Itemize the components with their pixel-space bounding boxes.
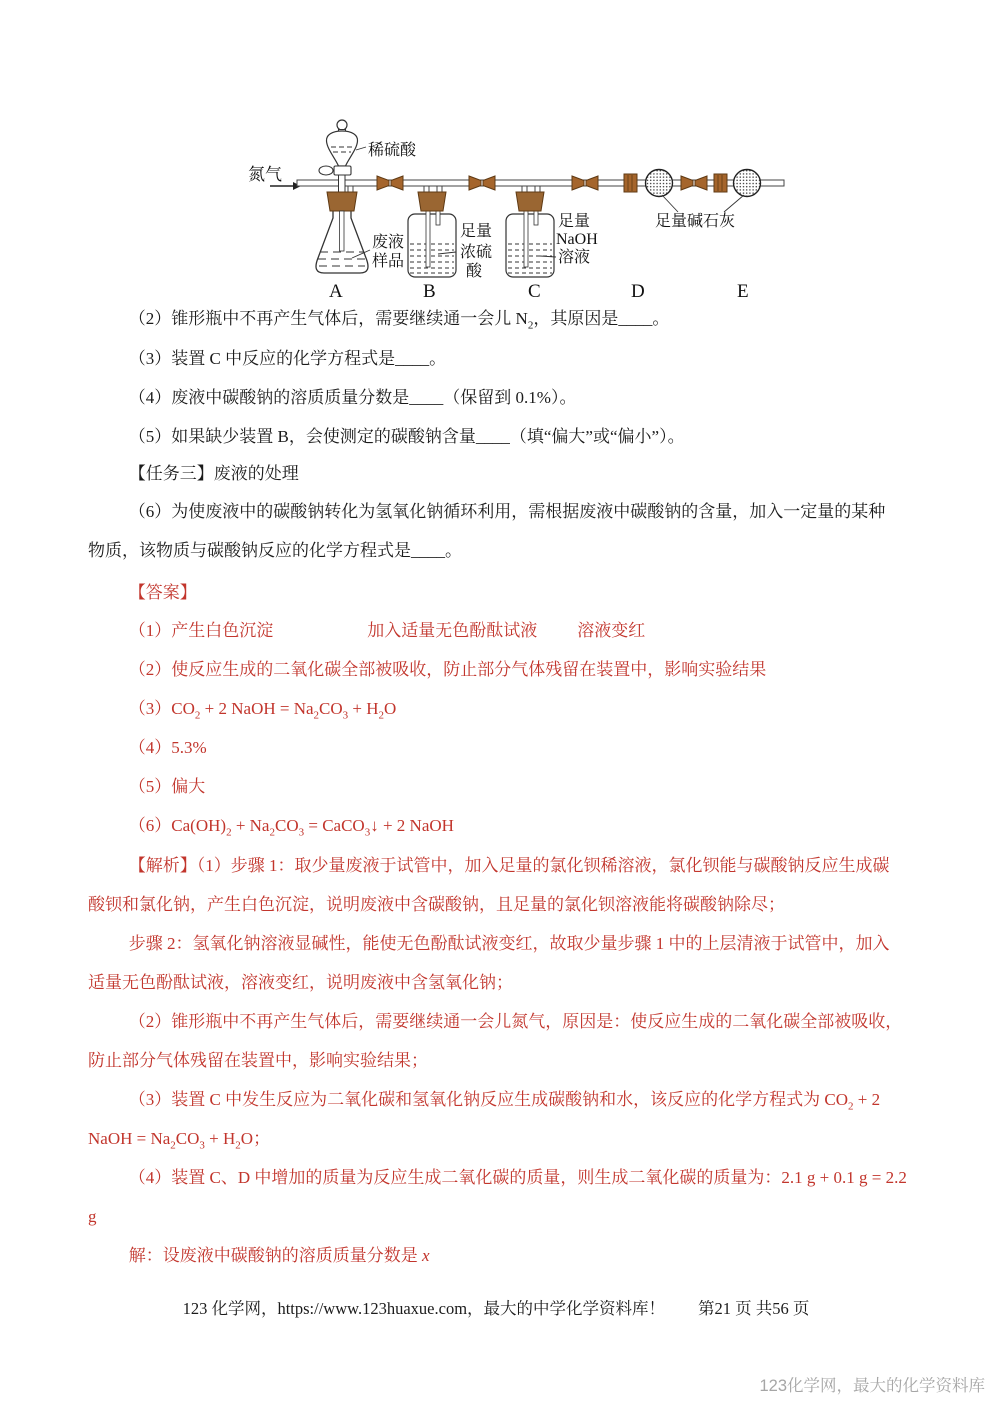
svg-text:废液: 废液 bbox=[372, 233, 404, 251]
analysis-p3-line-2: 防止部分气体残留在装置中，影响实验结果； bbox=[88, 1041, 906, 1080]
answer-1-operation: 加入适量无色酚酞试液 bbox=[367, 621, 537, 640]
analysis-p4-line-1: （3）装置 C 中发生反应为二氧化碳和氢氧化钠反应生成碳酸钠和水，该反应的化学方… bbox=[88, 1080, 906, 1119]
analysis-p2-line-2: 适量无色酚酞试液，溶液变红，说明废液中含氢氧化钠； bbox=[88, 963, 906, 1002]
question-2: （2）锥形瓶中不再产生气体后，需要继续通一会儿 N2，其原因是____。 bbox=[88, 299, 906, 338]
task-3-heading: 【任务三】废液的处理 bbox=[88, 454, 906, 493]
drying-bulb-E bbox=[714, 170, 761, 197]
stopper-C bbox=[516, 192, 544, 211]
site-watermark: 123化学网，最大的化学资料库 bbox=[759, 1372, 985, 1396]
dilute-sulfuric-acid-label: 稀硫酸 bbox=[368, 141, 417, 159]
drying-bulb-D bbox=[624, 170, 673, 197]
apparatus-diagram: 氮气 bbox=[230, 108, 790, 308]
question-5: （5）如果缺少装置 B，会使测定的碳酸钠含量____（填“偏大”或“偏小”）。 bbox=[88, 417, 906, 456]
svg-text:溶液: 溶液 bbox=[558, 248, 590, 266]
funnel-stem bbox=[340, 211, 345, 251]
analysis-p3-line-1: （2）锥形瓶中不再产生气体后，需要继续通一会儿氮气，原因是：使反应生成的二氧化碳… bbox=[88, 1002, 906, 1041]
question-6-line-2: 物质，该物质与碳酸钠反应的化学方程式是____。 bbox=[88, 531, 906, 570]
conc-sulfuric-label: 足量 浓硫 酸 bbox=[460, 222, 492, 280]
gas-washing-bottle-B bbox=[408, 211, 456, 277]
waste-sample-label: 废液 样品 bbox=[372, 233, 404, 270]
analysis-p4-line-2: NaOH = Na2CO3 + H2O； bbox=[88, 1119, 906, 1158]
stopcock-handle bbox=[319, 166, 333, 175]
analysis-p5-line-2: g bbox=[88, 1197, 906, 1236]
answer-3-equation: （3）CO2 + 2 NaOH = Na2CO3 + H2O bbox=[88, 689, 906, 728]
rubber-stoppers bbox=[327, 192, 544, 211]
gas-washing-bottle-C bbox=[506, 211, 554, 277]
answer-1: （1）产生白色沉淀加入适量无色酚酞试液溶液变红 bbox=[88, 611, 906, 650]
answer-6-equation: （6）Ca(OH)2 + Na2CO3 = CaCO3↓ + 2 NaOH bbox=[88, 806, 906, 845]
soda-lime-label: 足量碱石灰 bbox=[655, 212, 735, 230]
svg-text:样品: 样品 bbox=[372, 252, 404, 270]
svg-text:NaOH: NaOH bbox=[556, 231, 598, 248]
svg-text:足量: 足量 bbox=[460, 222, 492, 240]
connecting-tube bbox=[297, 180, 784, 186]
question-4: （4）废液中碳酸钠的溶质质量分数是____（保留到 0.1%）。 bbox=[88, 378, 906, 417]
answer-4: （4）5.3% bbox=[88, 728, 906, 767]
analysis-p5-line-1: （4）装置 C、D 中增加的质量为反应生成二氧化碳的质量，则生成二氧化碳的质量为… bbox=[88, 1158, 906, 1197]
answers-heading: 【答案】 bbox=[88, 573, 906, 612]
question-3: （3）装置 C 中反应的化学方程式是____。 bbox=[88, 339, 906, 378]
question-6-line-1: （6）为使废液中的碳酸钠转化为氢氧化钠循环利用，需根据废液中碳酸钠的含量，加入一… bbox=[88, 492, 906, 531]
page-footer: 123 化学网，https://www.123huaxue.com，最大的中学化… bbox=[0, 1289, 992, 1328]
stopper-B bbox=[418, 192, 446, 211]
svg-text:足量: 足量 bbox=[558, 212, 590, 230]
analysis-solution-setup: 解：设废液中碳酸钠的溶质质量分数是 x bbox=[88, 1236, 906, 1275]
answer-2: （2）使反应生成的二氧化碳全部被吸收，防止部分气体残留在装置中，影响实验结果 bbox=[88, 650, 906, 689]
analysis-p2-line-1: 步骤 2：氢氧化钠溶液显碱性，能使无色酚酞试液变红，故取少量步骤 1 中的上层清… bbox=[88, 924, 906, 963]
svg-text:浓硫: 浓硫 bbox=[460, 243, 492, 261]
naoh-solution-label: 足量 NaOH 溶液 bbox=[556, 212, 598, 266]
svg-text:酸: 酸 bbox=[466, 262, 483, 280]
stopper-A bbox=[327, 192, 357, 211]
answer-1-phenomenon: 溶液变红 bbox=[577, 621, 645, 640]
nitrogen-label: 氮气 bbox=[248, 165, 282, 184]
analysis-p1-line-1: 【解析】（1）步骤 1：取少量废液于试管中，加入足量的氯化钡稀溶液，氯化钡能与碳… bbox=[88, 846, 906, 885]
answer-1-observation: （1）产生白色沉淀 bbox=[129, 621, 274, 640]
answer-5: （5）偏大 bbox=[88, 767, 906, 806]
analysis-p1-line-2: 酸钡和氯化钠，产生白色沉淀，说明废液中含碳酸钠，且足量的氯化钡溶液能将碳酸钠除尽… bbox=[88, 885, 906, 924]
